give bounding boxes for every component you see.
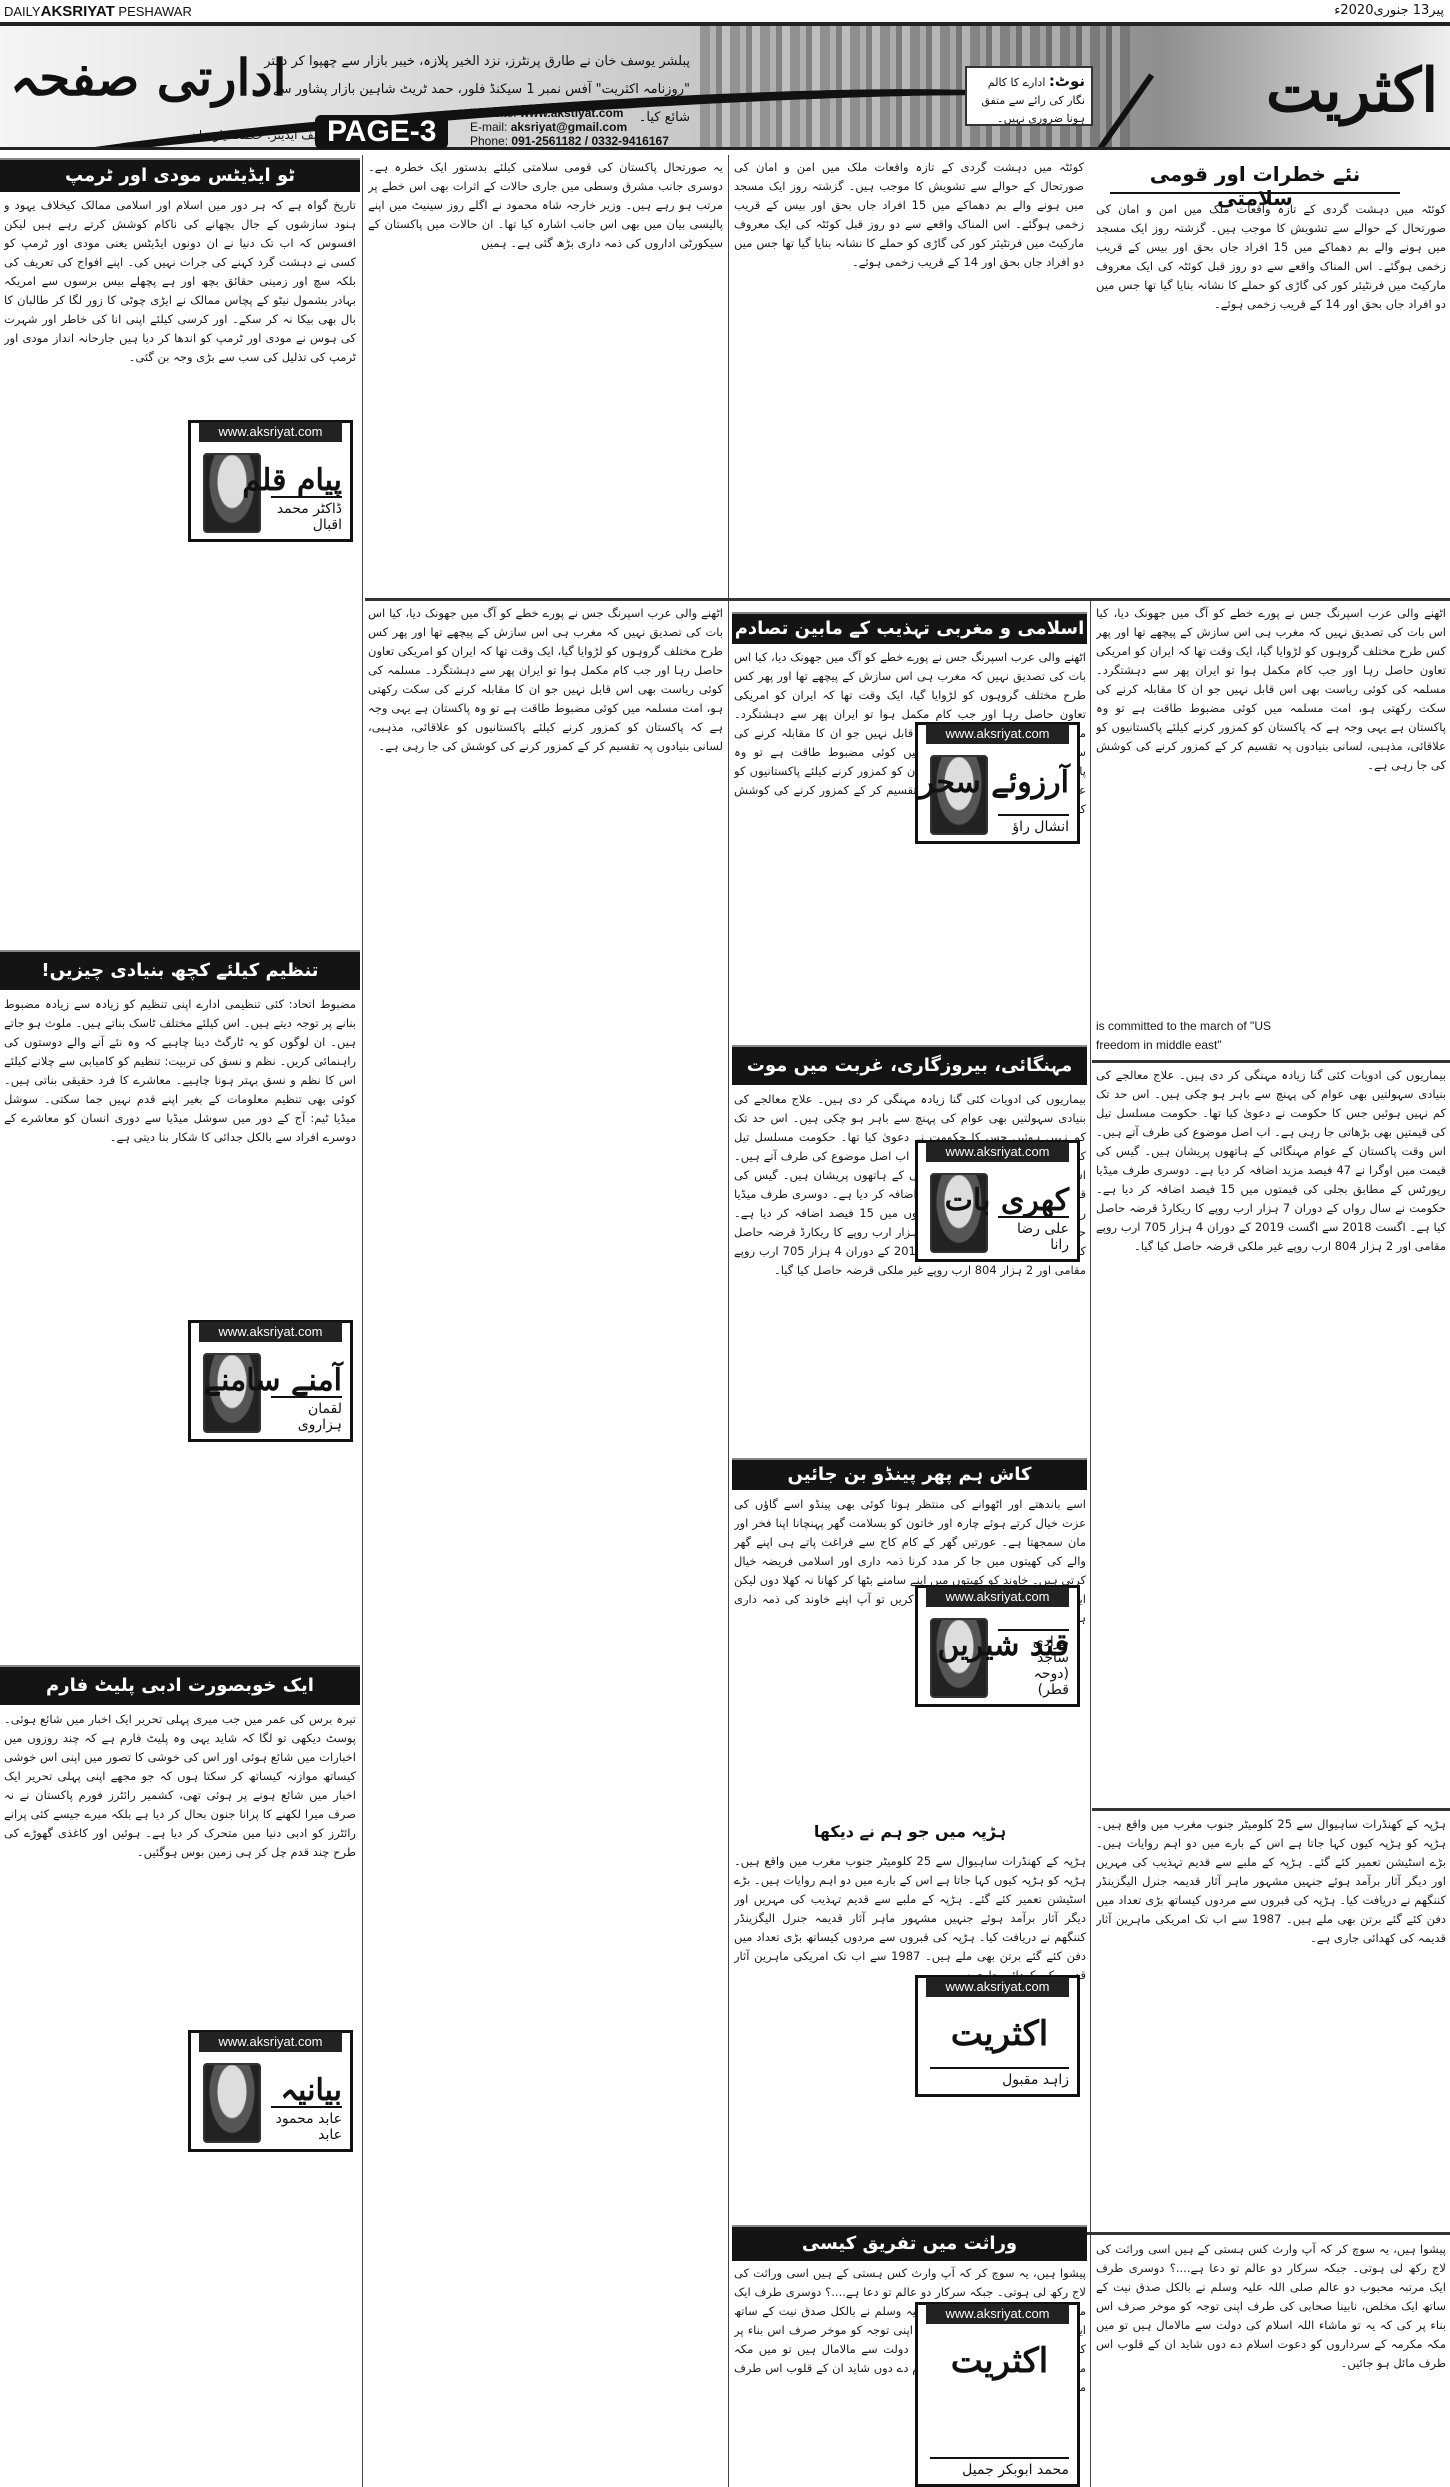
editorial-body: کوئٹہ میں دہشت گردی کے تازہ واقعات ملک م… <box>1096 200 1446 595</box>
website-link[interactable]: www.akstiyat.com <box>520 106 624 120</box>
author-photo <box>203 2063 261 2143</box>
site-url: www.aksriyat.com <box>926 2304 1069 2324</box>
newspaper-logo-small: اکثریت <box>930 2341 1069 2381</box>
site-url: www.aksriyat.com <box>199 422 342 442</box>
columnist-card: www.aksriyat.com اکثریت زاہد مقبول <box>915 1975 1080 2097</box>
phone-label: Phone: <box>470 134 508 148</box>
section-divider <box>1092 1060 1450 1063</box>
top-line: DAILYAKSRIYAT PESHAWAR پیر13 جنوری2020ء <box>0 0 1450 22</box>
article-body-continued: اٹھنے والی عرب اسپرنگ جس نے پورے خطے کو … <box>1096 604 1446 946</box>
article-title: وراثت میں تفریق کیسی <box>732 2225 1087 2261</box>
issue-date: پیر13 جنوری2020ء <box>1334 3 1444 18</box>
article-title: کاش ہم پھر پینڈو بن جائیں <box>732 1458 1087 1490</box>
column-divider <box>728 155 729 2487</box>
author-name: لقمان ہزاروی <box>271 1396 342 1433</box>
author-name: محمد ابوبکر جمیل <box>930 2457 1069 2478</box>
columnist-card: www.aksriyat.com اکثریت محمد ابوبکر جمیل <box>915 2302 1080 2487</box>
brand-city: PESHAWAR <box>118 4 191 19</box>
chief-editor: چیف ایڈیٹر: حکمت یار خان <box>190 128 325 142</box>
article-body-continued: بیماریوں کی ادویات کئی گنا زیادہ مہنگی ک… <box>1096 1066 1446 1766</box>
article-title: تنظیم کیلئے کچھ بنیادی چیزیں! <box>0 950 360 990</box>
site-url: www.aksriyat.com <box>199 1322 342 1342</box>
article-body-continued: ہڑپہ کے کھنڈرات ساہیوال سے 25 کلومیٹر جن… <box>1096 1815 1446 2230</box>
column-name: پیام قلم <box>242 463 342 498</box>
newspaper-logo: اکثریت <box>1266 56 1438 126</box>
columnist-card: www.aksriyat.com آرزوئے سحر انشال راؤ <box>915 722 1080 844</box>
newspaper-brand: DAILYAKSRIYAT PESHAWAR <box>4 3 192 20</box>
site-url: www.aksriyat.com <box>926 1142 1069 1162</box>
column-divider <box>1090 600 1091 2487</box>
section-divider <box>1092 1808 1450 1811</box>
site-url: www.aksriyat.com <box>926 724 1069 744</box>
author-name: انشال راؤ <box>998 814 1069 835</box>
section-title: ادارتی صفحہ <box>10 48 287 107</box>
column-divider <box>362 155 363 2487</box>
page-number-badge: PAGE-3 <box>315 115 448 149</box>
column-name: کھری بات <box>945 1183 1069 1218</box>
brand-prefix: DAILY <box>4 4 41 19</box>
editorial-divider <box>365 598 1450 601</box>
article-body: تاریخ گواہ ہے کہ ہر دور میں اسلام اور اس… <box>4 196 356 936</box>
column-name: بیانیہ <box>280 2073 342 2108</box>
site-url: www.aksriyat.com <box>926 1977 1069 1997</box>
english-quote-line-2: freedom in middle east" <box>1096 1036 1271 1055</box>
article-title: ایک خوبصورت ادبی پلیٹ فارم <box>0 1665 360 1705</box>
email-label: E-mail: <box>470 120 507 134</box>
columnist-card: www.aksriyat.com بیانیہ عابد محمود عابد <box>188 2030 353 2152</box>
column-name: آرزوئے سحر <box>920 765 1069 800</box>
author-name: عابد محمود عابد <box>271 2106 342 2143</box>
column-name: آمنے سامنے <box>204 1363 342 1398</box>
phone-number: 091-2561182 / 0332-9416167 <box>511 134 668 148</box>
author-name: مرادی ساجد (دوحہ قطر) <box>998 1629 1069 1698</box>
columnist-card: www.aksriyat.com پیام قلم ڈاکٹر محمد اقب… <box>188 420 353 542</box>
columnist-card: www.aksriyat.com قند شیریں مرادی ساجد (د… <box>915 1585 1080 1707</box>
article-title: ٹو ایڈیٹس مودی اور ٹرمپ <box>0 158 360 192</box>
article-title: اسلامی و مغربی تہذیب کے مابین تصادم اور … <box>732 612 1087 644</box>
editorial-body-continued: کوئٹہ میں دہشت گردی کے تازہ واقعات ملک م… <box>734 158 1084 595</box>
columnist-card: www.aksriyat.com کھری بات علی رضا رانا <box>915 1140 1080 1262</box>
site-url: www.aksriyat.com <box>199 2032 342 2052</box>
article-body-continued: اٹھنے والی عرب اسپرنگ جس نے پورے خطے کو … <box>368 604 723 2480</box>
author-name: زاہد مقبول <box>930 2067 1069 2088</box>
disclaimer-note: نوٹ: ادارے کا کالم نگار کی رائے سے متفق … <box>965 66 1093 126</box>
author-name: علی رضا رانا <box>998 1216 1069 1253</box>
editorial-body-continued-2: یہ صورتحال پاکستان کی قومی سلامتی کیلئے … <box>368 158 723 595</box>
article-title: مہنگائی، بیروزگاری، غربت میں موت آنی باق… <box>732 1045 1087 1085</box>
contact-info: Website: www.akstiyat.com E-mail: aksriy… <box>470 106 669 148</box>
english-quote-line-1: is committed to the march of "US <box>1096 1017 1271 1036</box>
author-name: ڈاکٹر محمد اقبال <box>271 496 342 533</box>
note-label: نوٹ: <box>1049 72 1085 90</box>
columnist-card: www.aksriyat.com آمنے سامنے لقمان ہزاروی <box>188 1320 353 1442</box>
editorial-title: نئے خطرات اور قومی سلامتی <box>1110 162 1400 194</box>
website-label: Website: <box>470 106 516 120</box>
email-link[interactable]: aksriyat@gmail.com <box>511 120 627 134</box>
brand-name: AKSRIYAT <box>41 3 115 20</box>
newspaper-logo-small: اکثریت <box>930 2014 1069 2054</box>
site-url: www.aksriyat.com <box>926 1587 1069 1607</box>
article-title: ہڑپہ میں جو ہم نے دیکھا <box>800 1822 1020 1850</box>
article-body-continued: پیشوا ہیں، یہ سوچ کر کہ آپ وارث کس ہستی … <box>1096 2240 1446 2485</box>
publisher-line-1: پبلشر یوسف خان نے طارق پرنٹرز، نزد الخیر… <box>250 48 690 76</box>
